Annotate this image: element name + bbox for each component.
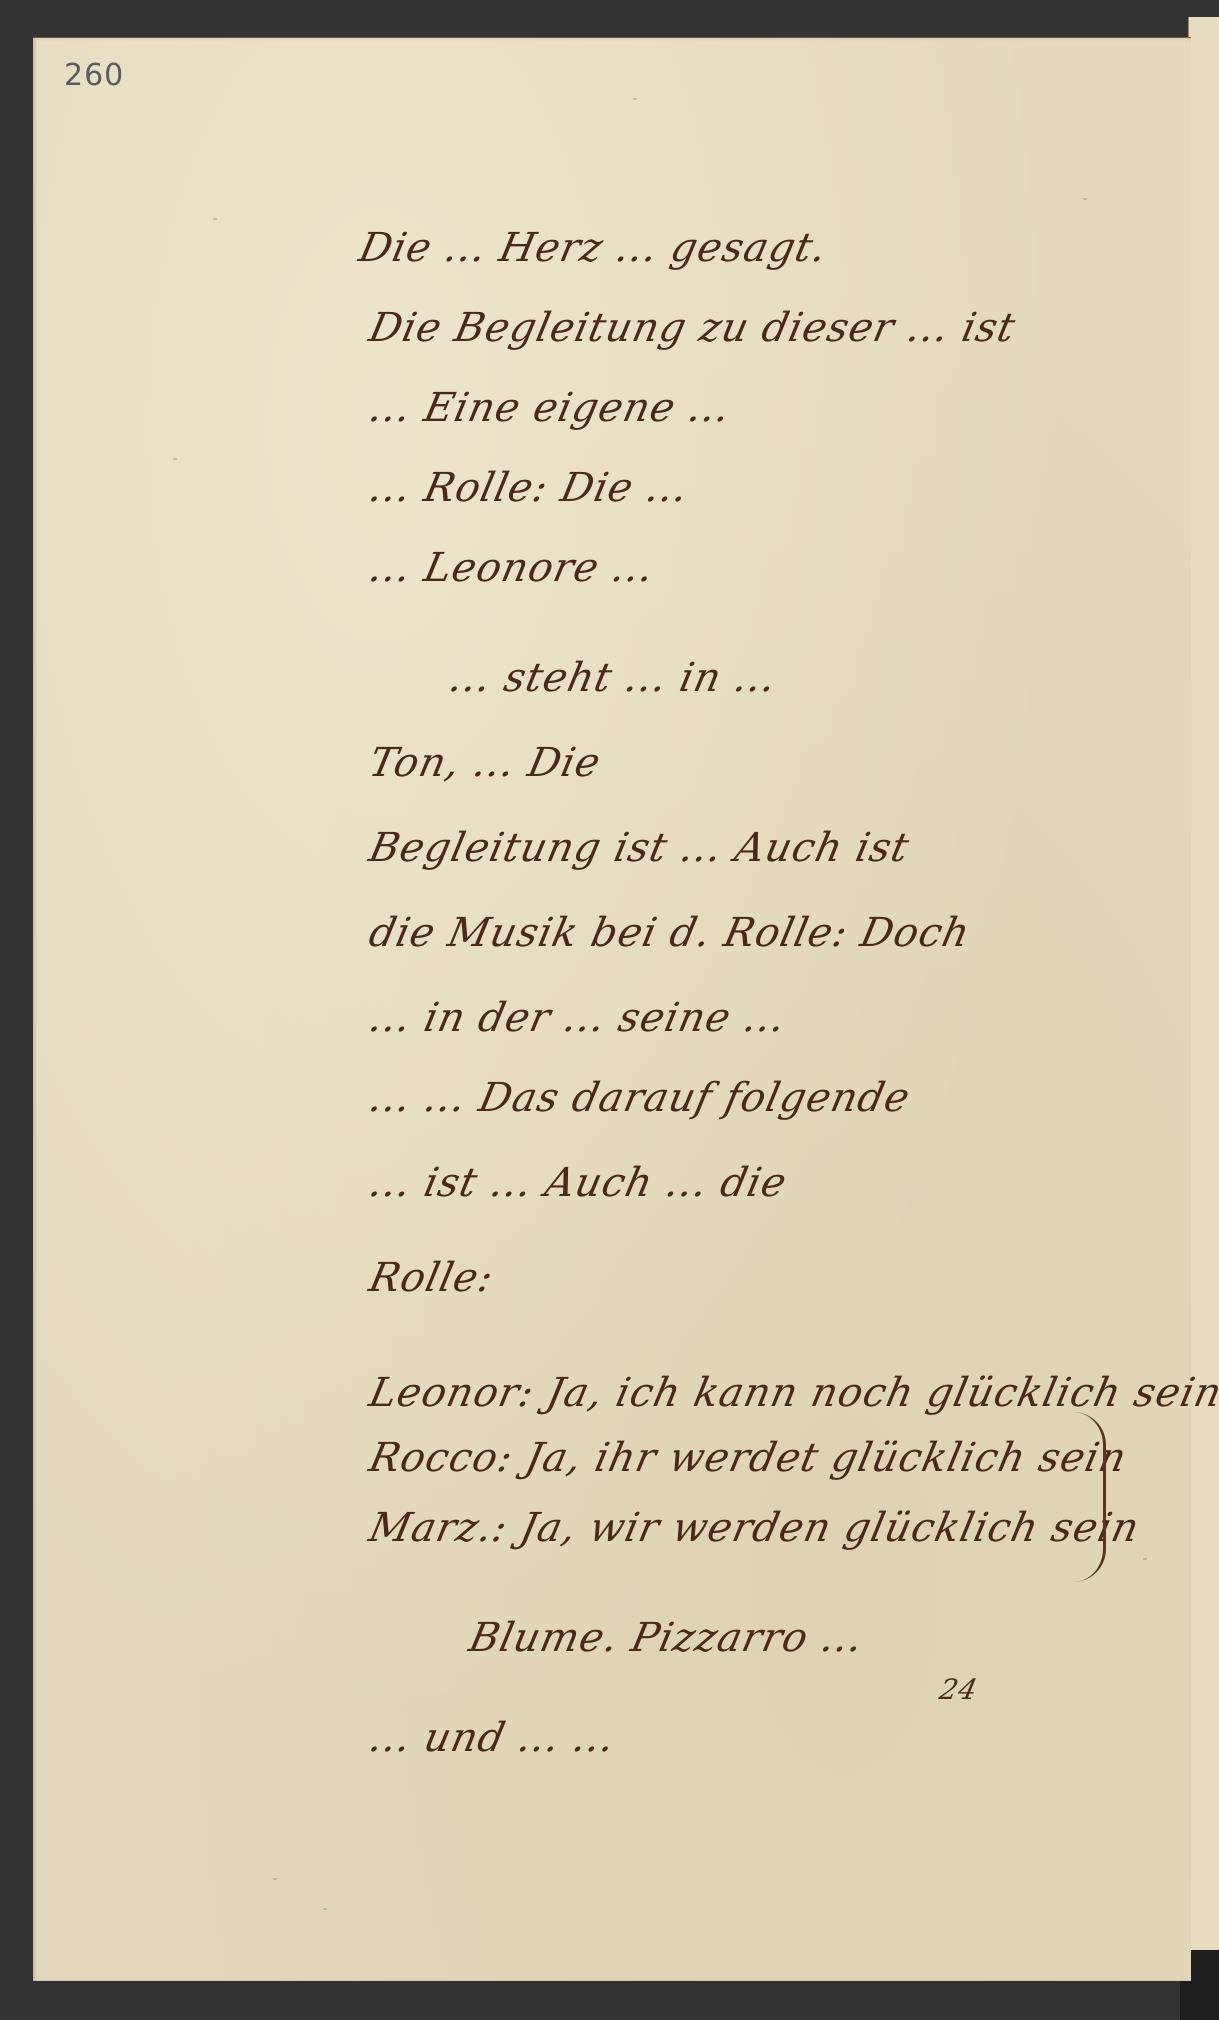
paper-fleck bbox=[1083, 198, 1087, 200]
text-line: ... und ... ... bbox=[365, 1715, 619, 1761]
text-line: ... Eine eigene ... bbox=[365, 385, 735, 431]
text-line: ... ist ... Auch ... die bbox=[365, 1160, 791, 1206]
dialogue-line-marz: Marz.: Ja, wir werden glücklich sein bbox=[365, 1505, 1144, 1551]
text-line: Die ... Herz ... gesagt. bbox=[355, 225, 831, 271]
text-line: Die Begleitung zu dieser ... ist bbox=[365, 305, 1020, 351]
paper-fleck bbox=[213, 218, 217, 220]
text-line: Rolle: bbox=[365, 1255, 498, 1301]
paper-fleck bbox=[273, 1878, 277, 1880]
dialogue-line-rocco: Rocco: Ja, ihr werdet glücklich sein bbox=[365, 1435, 1131, 1481]
paper-fleck bbox=[173, 458, 177, 460]
text-line: ... Leonore ... bbox=[365, 545, 658, 591]
paper-fleck bbox=[633, 98, 637, 100]
text-line: ... steht ... in ... bbox=[445, 655, 781, 701]
text-line: ... Rolle: Die ... bbox=[365, 465, 693, 511]
folio-number: 260 bbox=[64, 58, 124, 93]
text-line: ... in der ... seine ... bbox=[365, 995, 790, 1041]
text-line: Blume. Pizzarro ... bbox=[465, 1615, 868, 1661]
paper-fleck bbox=[1143, 1558, 1147, 1560]
paper-fleck bbox=[323, 1908, 327, 1910]
text-line: ... ... Das darauf folgende bbox=[365, 1075, 914, 1121]
text-line: die Musik bei d. Rolle: Doch bbox=[365, 910, 974, 956]
facing-page-edge bbox=[1188, 17, 1219, 1982]
text-line: Begleitung ist ... Auch ist bbox=[365, 825, 914, 871]
text-line: Ton, ... Die bbox=[365, 740, 605, 786]
interlinear-annotation: 24 bbox=[936, 1673, 981, 1706]
dialogue-line-leonor: Leonor: Ja, ich kann noch glücklich sein bbox=[365, 1370, 1219, 1416]
grouping-brace bbox=[1073, 1412, 1106, 1582]
